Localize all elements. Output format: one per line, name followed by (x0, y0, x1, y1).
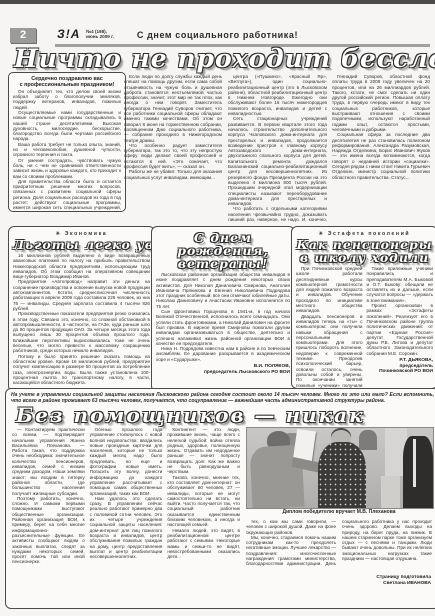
birthday-box: С днем рождения, ветераны! Лысковская ра… (151, 226, 295, 392)
generations-col-2: Такие прилежные ученики понравились и пр… (367, 266, 434, 389)
generations-box: ✳ Эстафета поколений Как пенсионеры в шк… (291, 226, 435, 389)
generations-signature: Р.Т. ДЬЯКОВА, председатель Починковской … (367, 358, 434, 375)
generations-col-1: При Починковской средней школе работали … (296, 266, 363, 389)
bottom-feature-box: На учете в управлении социальной защиты … (5, 388, 435, 609)
feature-left-columns: — Контактируем практически со всеми, — п… (12, 427, 240, 595)
governor-letter-box: Сердечно поздравляю вас с профессиональн… (8, 72, 126, 212)
birthday-signature: В.И. ПОЛЯКОВ, председатель Лысковского Р… (156, 364, 290, 375)
signature-role: Страницу подготовила (376, 575, 431, 581)
birthday-body: Лысковская районная организация общества… (156, 272, 290, 362)
generations-headline-l2: в школу ходили (296, 251, 433, 264)
economy-box: ✳ Экономика Льготы легко увидеть 16 милл… (8, 226, 155, 392)
birthday-headline-l3: ветераны! (156, 257, 290, 270)
main-headline: Ничто не проходит бесследно... (14, 44, 435, 73)
photo-caption: Диплом победителю вручает М.В. Плеханова (246, 509, 432, 515)
photo-winner (318, 442, 366, 508)
letter-body: Он объединяет тех, кто делом своей жизни… (13, 89, 121, 212)
scan-top-edge (0, 0, 435, 4)
award-ceremony-photo (246, 427, 434, 509)
article-column-2: Если люди по долгу службы каждый день сп… (124, 74, 222, 222)
page-banner: С днем социального работника! (0, 30, 435, 40)
photo-background-person (359, 430, 378, 451)
signature-role: председатель Лысковского РО ВОИ (156, 370, 290, 376)
generations-headline: Как пенсионеры в школу ходили (296, 238, 433, 264)
signature-name: Светлана ИВАНОВА (376, 581, 431, 587)
article-column-3: центра («Пушкино», «Красный Яр», «Ветлуг… (228, 74, 327, 222)
photo-jacket-stripe (413, 439, 417, 487)
photo-pillar (381, 476, 400, 508)
generations-col-2-body: Такие прилежные ученики понравились и пр… (367, 266, 434, 356)
signature-role: председатель Починковской РО ВОИ (367, 364, 434, 375)
feature-right-columns: тех, о ком мы сами говорили, — человек с… (246, 519, 432, 571)
photo-diploma (293, 428, 316, 461)
feature-headline: Без помощников — никак (16, 403, 365, 427)
birthday-headline: С днем рождения, ветераны! (156, 231, 290, 270)
economy-headline: Льготы легко увидеть (13, 238, 150, 251)
article-column-4: Геннадий Суворов, областной фонд оплаты … (332, 74, 430, 222)
photo-side-person (403, 436, 433, 508)
letter-title-2: с профессиональным праздником! (13, 82, 121, 88)
page-author-signature: Страницу подготовила Светлана ИВАНОВА (376, 575, 431, 586)
economy-body: 16 миллионов рублей выделено в виде возв… (13, 253, 150, 385)
newspaper-page: 2 З!А №4 (198), июнь 2009 г. С днем соци… (0, 0, 435, 616)
